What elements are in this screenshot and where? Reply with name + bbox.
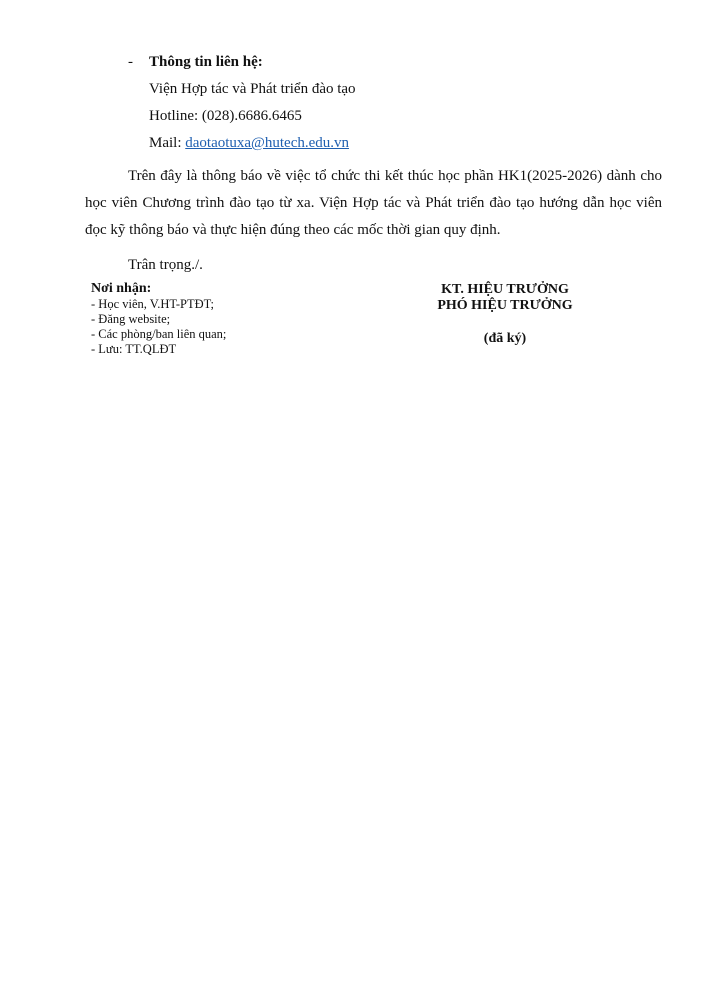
contact-org: Viện Hợp tác và Phát triển đào tạo xyxy=(149,79,356,99)
signature-status: (đã ký) xyxy=(405,330,605,347)
signature-title-1: KT. HIỆU TRƯỞNG xyxy=(405,281,605,298)
recipients-heading: Nơi nhận: xyxy=(91,281,151,297)
contact-hotline: Hotline: (028).6686.6465 xyxy=(149,106,302,126)
recipient-item: - Các phòng/ban liên quan; xyxy=(91,327,226,342)
body-line-3: đọc kỹ thông báo và thực hiện đúng theo … xyxy=(85,220,501,240)
recipient-item: - Học viên, V.HT-PTĐT; xyxy=(91,297,214,312)
signature-title-2: PHÓ HIỆU TRƯỞNG xyxy=(405,297,605,314)
contact-heading: Thông tin liên hệ: xyxy=(149,52,263,72)
recipient-item: - Lưu: TT.QLĐT xyxy=(91,342,176,357)
mail-label: Mail: xyxy=(149,135,185,151)
recipient-item: - Đăng website; xyxy=(91,312,170,327)
contact-bullet: - xyxy=(128,52,133,72)
contact-mail: Mail: daotaotuxa@hutech.edu.vn xyxy=(149,133,349,153)
body-line-2: học viên Chương trình đào tạo từ xa. Việ… xyxy=(85,193,662,213)
mail-link[interactable]: daotaotuxa@hutech.edu.vn xyxy=(185,135,349,151)
body-line-1: Trên đây là thông báo về việc tổ chức th… xyxy=(128,166,662,186)
closing: Trân trọng./. xyxy=(128,255,203,275)
